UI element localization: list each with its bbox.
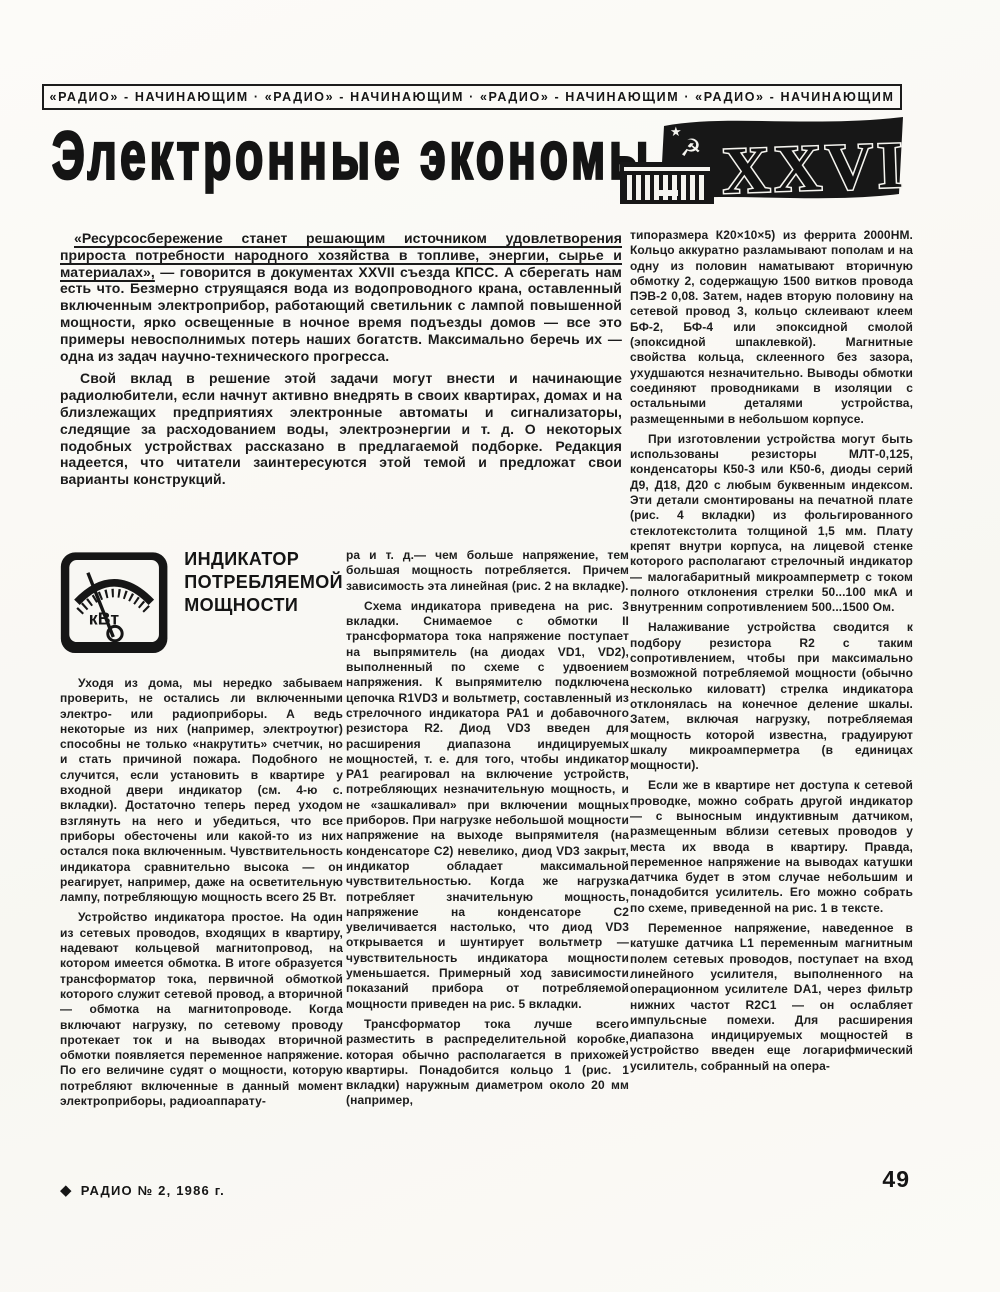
- page-number: 49: [852, 1166, 910, 1193]
- article-column-3: типоразмера К20×10×5) из феррита 2000НМ.…: [630, 228, 913, 1074]
- page-title: Электронные экономы: [52, 116, 652, 194]
- diamond-icon: ◆: [60, 1183, 73, 1198]
- intro-paragraph-2: Свой вклад в решение этой задачи могут в…: [60, 370, 622, 488]
- body-paragraph: Устройство индикатора простое. На один и…: [60, 910, 343, 1109]
- section-banner: «РАДИО» - НАЧИНАЮЩИМ · «РАДИО» - НАЧИНАЮ…: [42, 84, 902, 110]
- banner-text: «РАДИО» - НАЧИНАЮЩИМ · «РАДИО» - НАЧИНАЮ…: [50, 90, 895, 104]
- intro-lead: «Ресурсосбережение станет решающим источ…: [60, 230, 622, 494]
- congress-emblem-graphic: ★ ☭ XXVII: [618, 112, 906, 208]
- palace-building: [620, 162, 714, 204]
- hammer-sickle-icon: ☭: [680, 135, 702, 162]
- body-paragraph: Переменное напряжение, наведенное в кату…: [630, 921, 913, 1074]
- article-heading: ИНДИКАТОР ПОТРЕБЛЯЕМОЙ МОЩНОСТИ: [184, 548, 343, 666]
- article-header: кВт ИНДИКАТОР ПОТРЕБЛЯЕМОЙ МОЩНОСТИ: [60, 542, 343, 666]
- body-paragraph: При изготовлении устройства могут быть и…: [630, 432, 913, 616]
- body-paragraph: ра и т. д.— чем больше напряжение, тем б…: [346, 548, 629, 594]
- body-paragraph: Трансформатор тока лучше всего разместит…: [346, 1017, 629, 1109]
- footer-journal-line: ◆ РАДИО № 2, 1986 г.: [60, 1183, 225, 1198]
- magazine-page: «РАДИО» - НАЧИНАЮЩИМ · «РАДИО» - НАЧИНАЮ…: [0, 0, 1000, 1292]
- article-column-1: кВт ИНДИКАТОР ПОТРЕБЛЯЕМОЙ МОЩНОСТИ Уход…: [60, 542, 343, 1109]
- journal-issue-label: РАДИО № 2, 1986 г.: [81, 1183, 225, 1198]
- kilowatt-meter-icon: кВт: [60, 542, 168, 666]
- body-paragraph: типоразмера К20×10×5) из феррита 2000НМ.…: [630, 228, 913, 427]
- body-paragraph: Схема индикатора приведена на рис. 3 вкл…: [346, 599, 629, 1012]
- body-paragraph: Уходя из дома, мы нередко забываем прове…: [60, 676, 343, 905]
- congress-numerals: XXVII: [721, 128, 906, 208]
- intro-paragraph-1: «Ресурсосбережение станет решающим источ…: [60, 230, 622, 364]
- body-paragraph: Налаживание устройства сводится к подбор…: [630, 620, 913, 773]
- article-column-2: ра и т. д.— чем больше напряжение, тем б…: [346, 548, 629, 1109]
- body-paragraph: Если же в квартире нет доступа к сетевой…: [630, 778, 913, 916]
- congress-emblem: ★ ☭ XXVII: [618, 112, 906, 213]
